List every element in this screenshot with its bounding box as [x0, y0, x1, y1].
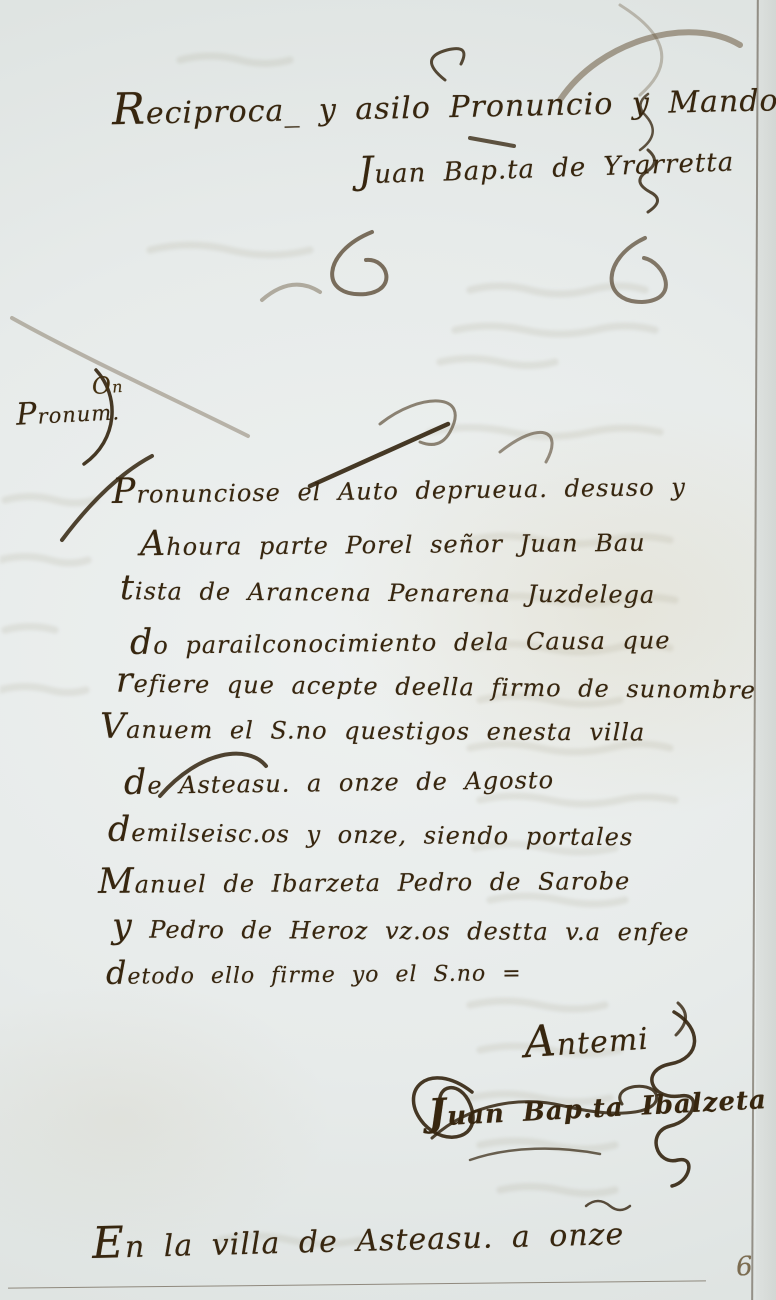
- body-line: Vanuem el S.no questigos enesta villa: [100, 707, 645, 750]
- body-line: do parailconocimiento dela Causa que: [130, 617, 671, 663]
- body-line: refiere que acepte deella firmo de sunom…: [116, 661, 756, 708]
- margin-note-pronum: Pronum.: [15, 392, 121, 432]
- folio-number: 6: [735, 1251, 755, 1282]
- signature-ante-mi: Antemi: [522, 1010, 650, 1069]
- body-line: y Pedro de Heroz vz.os destta v.a enfee: [112, 906, 690, 949]
- body-line: demilseisc.os y onze, siendo portales: [108, 810, 634, 855]
- body-line: Manuel de Ibarzeta Pedro de Sarobe: [98, 858, 631, 902]
- body-line: Pronunciose el Auto deprueua. desuso y: [112, 464, 686, 512]
- body-line: Ahoura parte Porel señor Juan Bau: [140, 520, 646, 564]
- body-line: detodo ello firme yo el S.no =: [106, 950, 522, 992]
- body-line: de Asteasu. a onze de Agosto: [124, 757, 555, 803]
- manuscript-page: Reciproca_ y asilo Pronuncio y Mando= Ju…: [0, 0, 776, 1300]
- body-line: tista de Arancena Penarena Juzdelega: [120, 568, 656, 612]
